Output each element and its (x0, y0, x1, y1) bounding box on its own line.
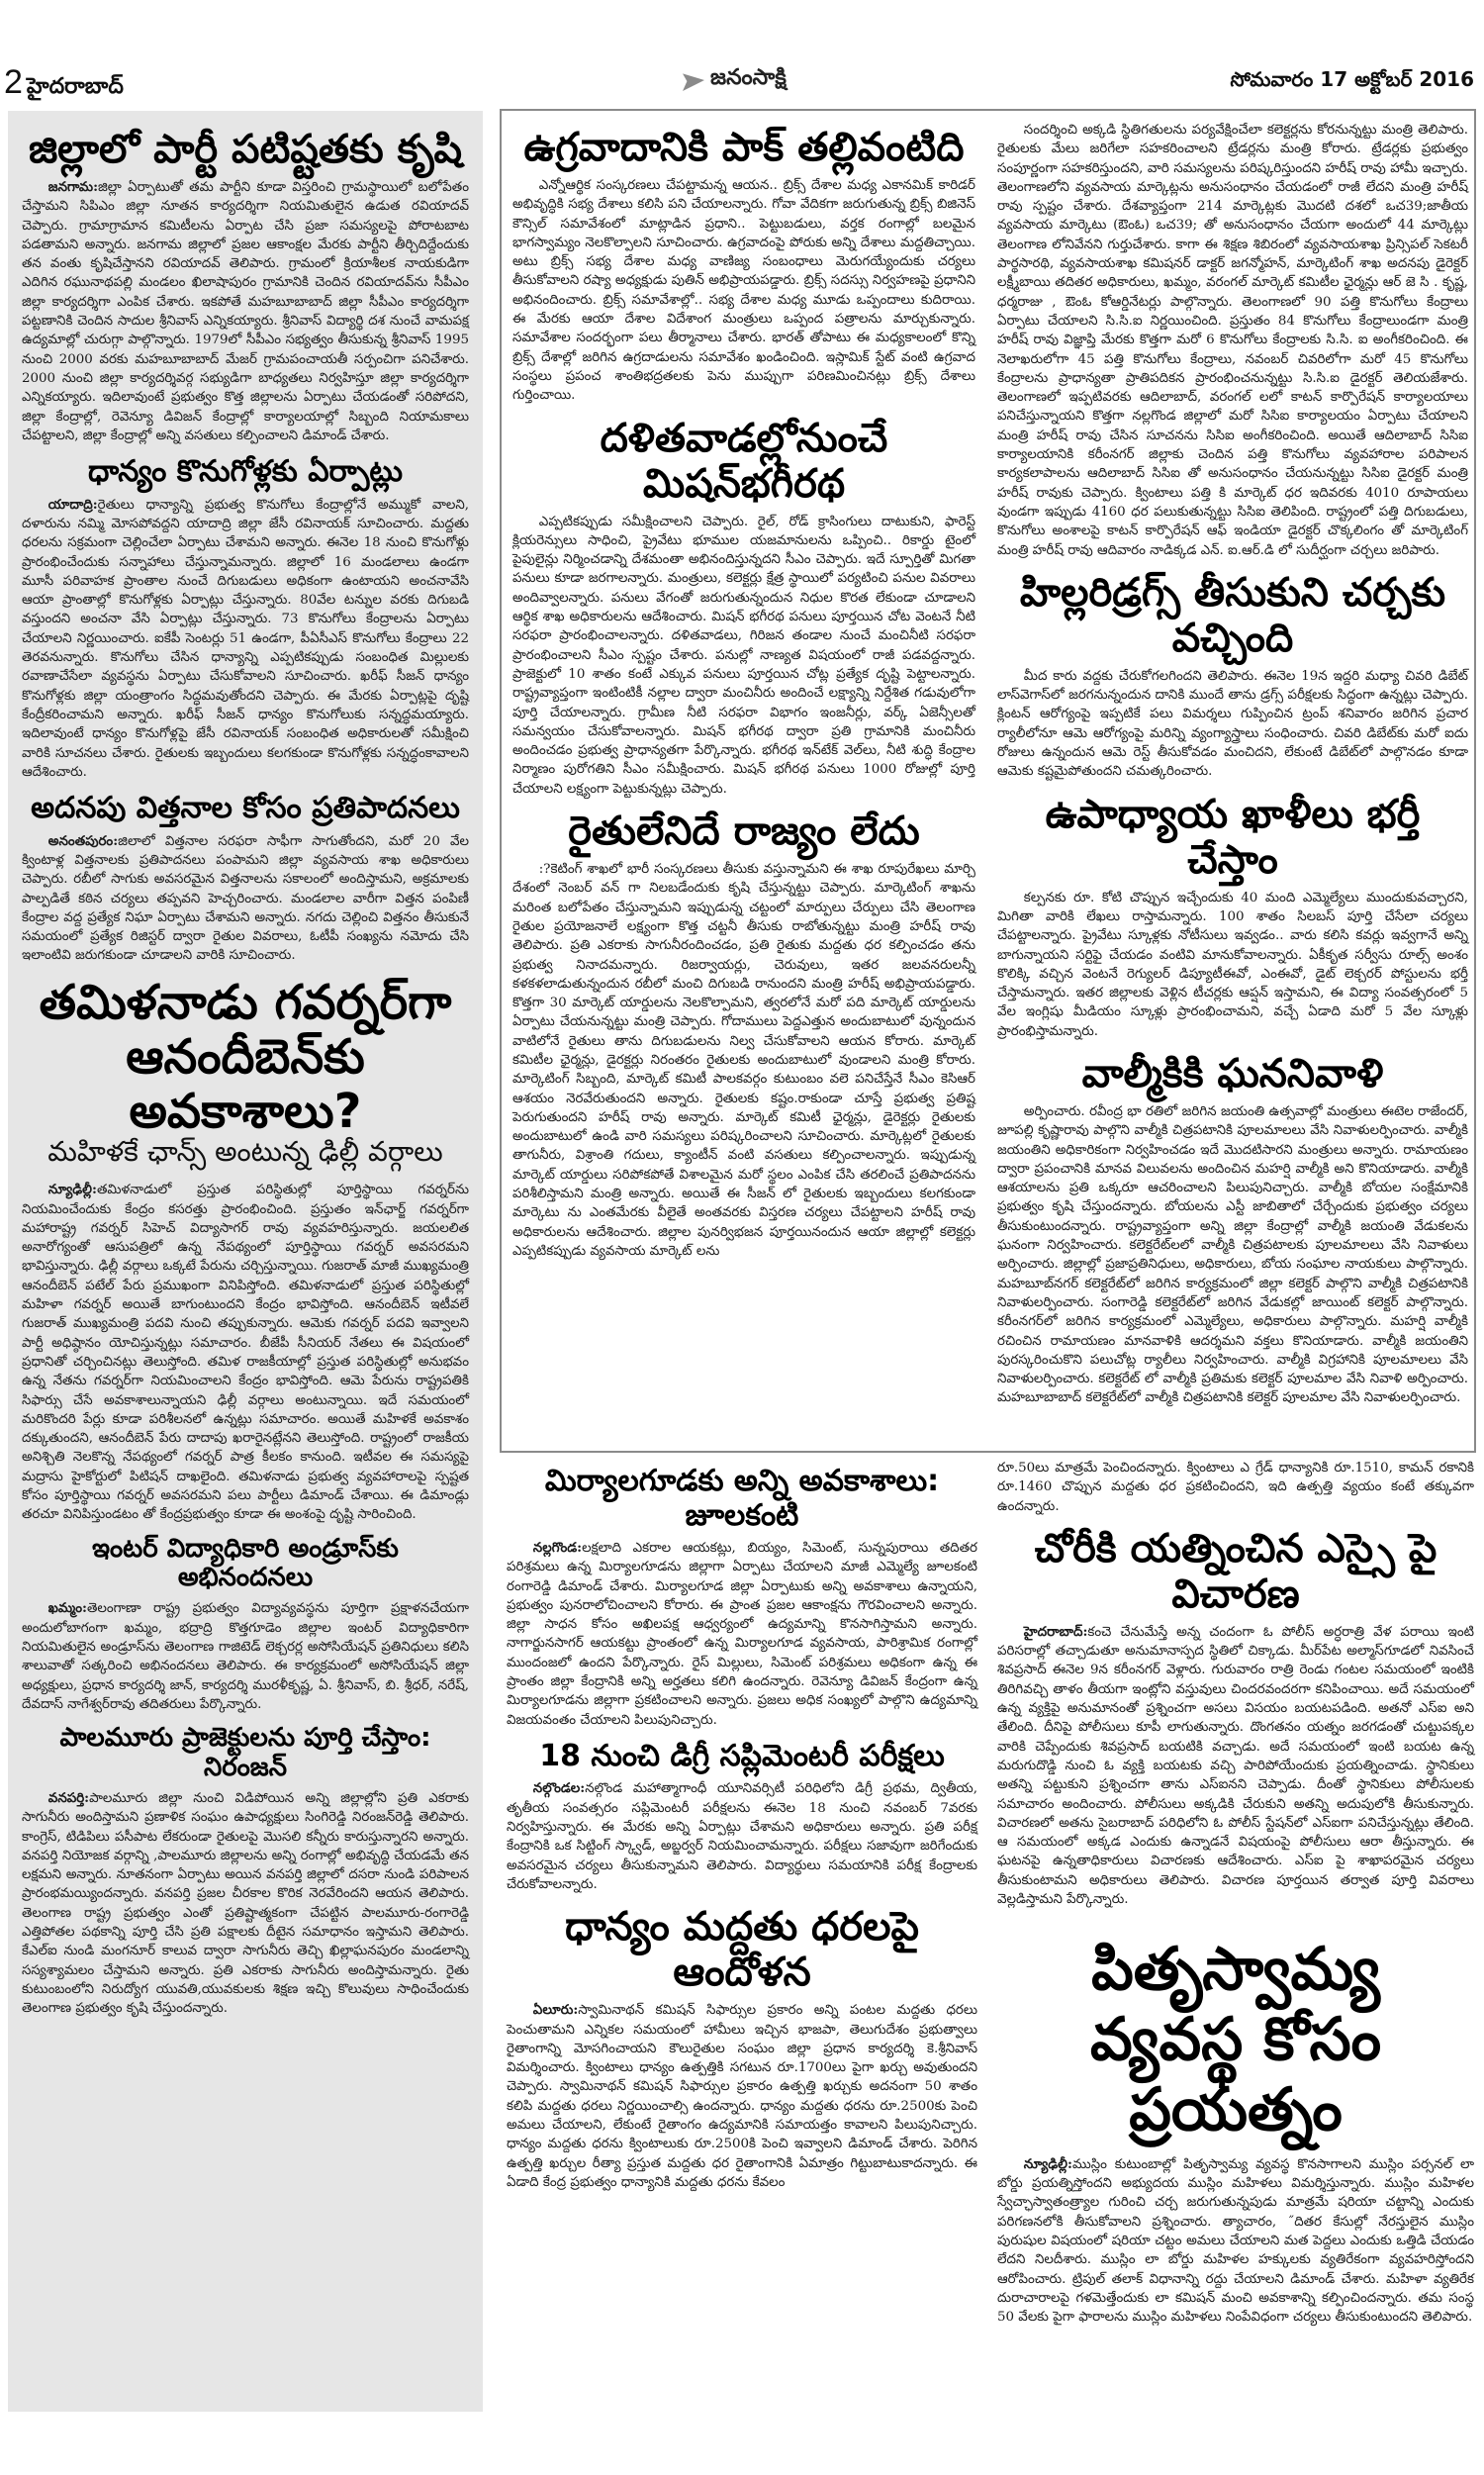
lower-right-column: రూ.50లు మాత్రమే పెంచిందన్నారు. క్వింటాలు… (993, 1455, 1478, 2410)
article-body: జనగామ:జిల్లా ఏర్పాటుతో తమ పార్టీని కూడా … (22, 178, 469, 445)
article-headline: దళితవాడల్లోనుంచే మిషన్‌భగీరథ (512, 416, 975, 507)
logo-map-icon (683, 69, 704, 91)
left-column: జిల్లాలో పార్టీ పటిష్టతకు కృషి జనగామ:జిల… (8, 111, 483, 2412)
article-headline: మిర్యాలగూడకు అన్ని అవకాశాలు: జూలకంటి (507, 1465, 977, 1533)
article-dateline: ఏలూరు: (533, 2002, 578, 2018)
article-headline: వాల్మీకికి ఘననివాళి (997, 1051, 1468, 1096)
article: చోరీకి యత్నించిన ఎస్సై పై విచారణ హైదరాబా… (997, 1526, 1474, 1909)
article-dateline: అనంతపురం: (48, 833, 118, 849)
article-headline: ఉగ్రవాదానికి పాక్ తల్లివంటిది (512, 125, 975, 170)
article-body: న్యూఢిల్లీ:తమిళనాడులో ప్రస్తుత పరిస్థితు… (22, 1181, 469, 1524)
article-headline: అదనపు విత్తనాల కోసం ప్రతిపాదనలు (22, 792, 469, 826)
article-headline: ఇంటర్ విద్యాధికారి అండ్రూస్‌కు అభినందనలు (22, 1535, 469, 1594)
article-headline: ఉపాధ్యాయ ఖాళీలు భర్తీ చేస్తాం (997, 792, 1468, 883)
boxed-right-column: సందర్శించి అక్కడి స్థితిగతులను పర్యవేక్ష… (993, 115, 1472, 1446)
article-dateline: ఖమ్మం: (48, 1600, 87, 1616)
lower-middle-column: మిర్యాలగూడకు అన్ని అవకాశాలు: జూలకంటి నల్… (503, 1455, 981, 2410)
article-dateline: యాదాద్రి: (48, 497, 98, 513)
article-dateline: నల్లగొండ: (533, 1540, 582, 1556)
article: రూ.50లు మాత్రమే పెంచిందన్నారు. క్వింటాలు… (997, 1459, 1474, 1516)
article-dateline: హైదరాబాద్: (1024, 1624, 1088, 1640)
article: 18 నుంచి డిగ్రీ సప్లిమెంటరీ పరీక్షలు నల్… (507, 1740, 977, 1894)
article-headline: జిల్లాలో పార్టీ పటిష్టతకు కృషి (22, 127, 469, 172)
article: జిల్లాలో పార్టీ పటిష్టతకు కృషి జనగామ:జిల… (22, 127, 469, 445)
article-headline: ధాన్యం కొనుగోళ్లకు ఏర్పాట్లు (22, 455, 469, 490)
article-body: ఎన్నోఆర్థిక సంస్కరణలు చేపట్టామన్న ఆయన.. … (512, 176, 975, 406)
article-body: అనంతపురం:జిలాలో విత్తనాల సరఫరా సాఫీగా సా… (22, 832, 469, 966)
page-label: 2హైదరాబాద్ (4, 63, 124, 104)
masthead: 2హైదరాబాద్ జనంసాక్షి సోమవారం 17 అక్టోబర్… (0, 61, 1484, 105)
edition-name: హైదరాబాద్ (27, 73, 124, 98)
article-headline: తమిళనాడు గవర్నర్‌గాఆనందీబెన్‌కు అవకాశాలు… (22, 976, 469, 1140)
article: ఉపాధ్యాయ ఖాళీలు భర్తీ చేస్తాం కల్పనకు రూ… (997, 792, 1468, 1041)
article-body: హైదరాబాద్:కంచె చేనుమేస్తే అన్న చందంగా ఓ … (997, 1623, 1474, 1909)
article: పాలమూరు ప్రాజెక్టులను పూర్తి చేస్తాం: ని… (22, 1724, 469, 2018)
boxed-middle-column: ఉగ్రవాదానికి పాక్ తల్లివంటిది ఎన్నోఆర్థి… (509, 115, 979, 1446)
article: ఉగ్రవాదానికి పాక్ తల్లివంటిది ఎన్నోఆర్థి… (512, 125, 975, 406)
article: వాల్మీకికి ఘననివాళి అర్పించారు. రవీంద్ర … (997, 1051, 1468, 1408)
article-dateline: నల్గొండల: (533, 1780, 585, 1796)
article-body: మీద కారు వద్దకు చేరుకోగలగిందని తెలిపారు.… (997, 667, 1468, 782)
article-body: :?కెటింగ్ శాఖలో భారీ సంస్కరణలు తీసుకు వస… (512, 860, 975, 1261)
article-body: నల్గొండల:నల్గొండ మహాత్మాగాంధీ యూనివర్సిట… (507, 1779, 977, 1894)
article-body: న్యూఢిల్లీ:ముస్లిం కుటుంబాల్లో పితృస్వామ… (997, 2155, 1474, 2328)
article-headline: పాలమూరు ప్రాజెక్టులను పూర్తి చేస్తాం: ని… (22, 1724, 469, 1783)
article-body: ఎప్పటికప్పుడు సమీక్షించాలని చెప్పారు. రై… (512, 513, 975, 799)
article-body: నల్లగొండ:లక్షలాది ఎకరాల ఆయకట్లు, బియ్యం,… (507, 1539, 977, 1730)
article-body: రూ.50లు మాత్రమే పెంచిందన్నారు. క్వింటాలు… (997, 1459, 1474, 1516)
article: పితృస్వామ్యవ్యవస్థ కోసం ప్రయత్నం న్యూఢిల… (997, 1935, 1474, 2327)
article: ధాన్యం కొనుగోళ్లకు ఏర్పాట్లు యాదాద్రి:రై… (22, 455, 469, 782)
article: హిల్లరిడ్రగ్స్ తీసుకుని చర్చకు వచ్చింది … (997, 570, 1468, 782)
article: అదనపు విత్తనాల కోసం ప్రతిపాదనలు అనంతపురం… (22, 792, 469, 966)
newspaper-logo[interactable]: జనంసాక్షి (683, 65, 787, 95)
article: రైతులేనిదే రాజ్యం లేదు :?కెటింగ్ శాఖలో భ… (512, 809, 975, 1261)
article-dateline: వనపర్తి: (48, 1790, 89, 1806)
article-body: అర్పించారు. రవీంద్ర భా రతిలో జరిగిన జయంత… (997, 1102, 1468, 1408)
article: సందర్శించి అక్కడి స్థితిగతులను పర్యవేక్ష… (997, 121, 1468, 560)
article-headline: ధాన్యం మద్దతు ధరలపై ఆందోళన (507, 1904, 977, 1995)
article: దళితవాడల్లోనుంచే మిషన్‌భగీరథ ఎప్పటికప్పు… (512, 416, 975, 799)
article: ఇంటర్ విద్యాధికారి అండ్రూస్‌కు అభినందనలు… (22, 1535, 469, 1715)
page-number: 2 (4, 63, 23, 101)
article-body: యాదాద్రి:రైతులు ధాన్యాన్ని ప్రభుత్వ కొను… (22, 496, 469, 782)
article: మిర్యాలగూడకు అన్ని అవకాశాలు: జూలకంటి నల్… (507, 1465, 977, 1730)
article-headline: చోరీకి యత్నించిన ఎస్సై పై విచారణ (997, 1526, 1474, 1617)
article-dateline: న్యూఢిల్లీ: (1024, 2156, 1072, 2172)
article-headline: రైతులేనిదే రాజ్యం లేదు (512, 809, 975, 854)
article-body: వనపర్తి:పాలమూరు జిల్లా నుంచి విడిపోయిన అ… (22, 1789, 469, 2019)
article-headline: 18 నుంచి డిగ్రీ సప్లిమెంటరీ పరీక్షలు (507, 1740, 977, 1774)
issue-date: సోమవారం 17 అక్టోబర్ 2016 (1230, 67, 1474, 96)
article: ధాన్యం మద్దతు ధరలపై ఆందోళన ఏలూరు:స్వామిన… (507, 1904, 977, 2192)
article-dateline: జనగామ: (48, 179, 98, 195)
article-subheadline: మహిళకే ఛాన్స్ అంటున్న ఢిల్లీ వర్గాలు (22, 1135, 469, 1175)
article-body: ఖమ్మం:తెలంగాణా రాష్ట్ర ప్రభుత్వం విద్యావ… (22, 1599, 469, 1714)
article-body: సందర్శించి అక్కడి స్థితిగతులను పర్యవేక్ష… (997, 121, 1468, 560)
logo-text: జనంసాక్షి (710, 65, 787, 95)
article: తమిళనాడు గవర్నర్‌గాఆనందీబెన్‌కు అవకాశాలు… (22, 976, 469, 1525)
article-dateline: న్యూఢిల్లీ: (48, 1182, 97, 1197)
article-headline: హిల్లరిడ్రగ్స్ తీసుకుని చర్చకు వచ్చింది (997, 570, 1468, 661)
article-body: కల్పనకు రూ. కోటి చొప్పున ఇచ్చేందుకు 40 మ… (997, 889, 1468, 1041)
article-headline: పితృస్వామ్యవ్యవస్థ కోసం ప్రయత్నం (997, 1935, 1474, 2144)
article-body: ఏలూరు:స్వామినాథన్ కమిషన్ సిఫార్సుల ప్రకా… (507, 2001, 977, 2192)
